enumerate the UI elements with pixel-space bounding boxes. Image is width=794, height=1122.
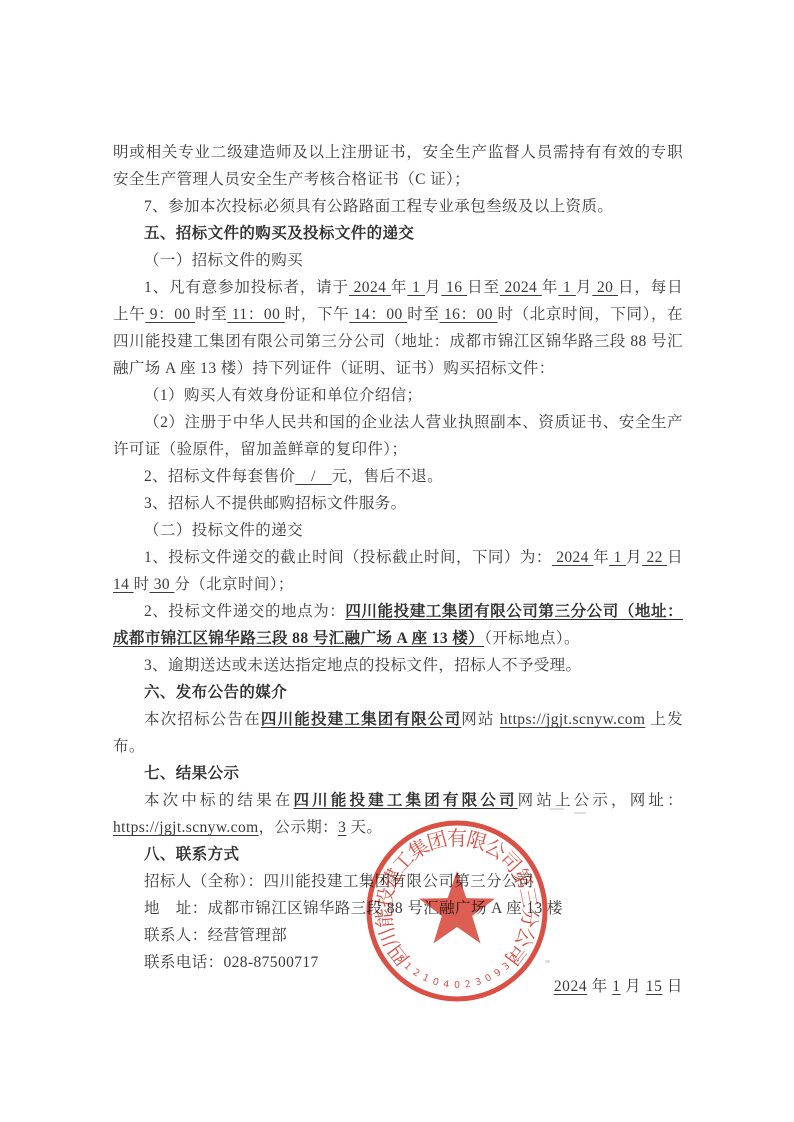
item-7: 7、参加本次投标必须具有公路路面工程专业承包叁级及以上资质。 xyxy=(113,193,683,220)
text-run: （开标地点）。 xyxy=(484,630,580,647)
scan-artifact xyxy=(574,812,586,814)
text-run: 9：00 xyxy=(145,306,195,323)
text-run: 时至 xyxy=(407,306,439,323)
text-run: 1 xyxy=(609,549,626,566)
subsection-heading-5-1: （一）招标文件的购买 xyxy=(113,247,683,274)
text-run: 年 xyxy=(391,279,407,296)
url-text: https://jgjt.scnyw.com xyxy=(113,819,259,836)
text-run: 2、投标文件递交的地点为： xyxy=(144,603,345,620)
text-run: （一）招标文件的购买 xyxy=(144,252,303,269)
text-run: 五、招标文件的购买及投标文件的递交 xyxy=(144,225,414,242)
text-run: 联系人：经营管理部 xyxy=(144,927,287,944)
credential-item-1: （1）购买人有效身份证和单位介绍信； xyxy=(113,382,683,409)
text-run: ，公示期： xyxy=(259,819,339,836)
announcement-media: 本次招标公告在四川能投建工集团有限公司网站 https://jgjt.scnyw… xyxy=(113,706,683,760)
price-item: 2、招标文件每套售价 / 元，售后不退。 xyxy=(113,463,683,490)
text-run: 日 xyxy=(662,978,683,995)
text-run: 14：00 xyxy=(349,306,407,323)
text-run: 时 xyxy=(134,576,150,593)
text-run: 年 xyxy=(587,978,612,995)
text-run: 1 xyxy=(407,279,425,296)
section-heading-6: 六、发布公告的媒介 xyxy=(113,679,683,706)
text-run: 年 xyxy=(593,549,609,566)
text-run: 15 xyxy=(646,978,663,995)
url-text: https://jgjt.scnyw.com xyxy=(500,711,646,728)
result-publicity: 本次中标的结果在四川能投建工集团有限公司网站上公示，网址：https://jgj… xyxy=(113,787,683,841)
scanned-document-page: { "page": { "background": "#ffffff", "te… xyxy=(0,0,794,1122)
text-run: 30 xyxy=(149,576,174,593)
text-run: 四川能投建工集团有限公司 xyxy=(261,711,461,728)
text-run: 20 xyxy=(592,279,618,296)
scan-artifact xyxy=(549,808,564,810)
text-run: 月 xyxy=(621,978,646,995)
text-run: 七、结果公示 xyxy=(144,765,239,782)
text-run: 16 xyxy=(441,279,467,296)
text-run: 招标人（全称）：四川能投建工集团有限公司第三分公司 xyxy=(144,873,534,890)
purchase-time-item: 1、凡有意参加投标者，请于 2024 年 1 月 16 日至 2024 年 1 … xyxy=(113,274,683,382)
text-run: 月 xyxy=(576,279,592,296)
text-run: / xyxy=(295,468,332,485)
text-run: 网站 xyxy=(461,711,499,728)
text-run: 地 址：成都市锦江区锦华路三段 88 号汇融广场 A 座 13 楼 xyxy=(144,900,563,917)
text-run: 四川能投建工集团有限公司 xyxy=(293,792,517,809)
text-run: 14 xyxy=(113,576,134,593)
paragraph-continuation: 明或相关专业二级建造师及以上注册证书，安全生产监督人员需持有有效的专职安全生产管… xyxy=(113,139,683,193)
text-run: 本次招标公告在 xyxy=(144,711,261,728)
text-run: 22 xyxy=(642,549,667,566)
text-run: 联系电话：028-87500717 xyxy=(144,954,319,971)
text-run: 11：00 xyxy=(227,306,284,323)
text-run: 1 xyxy=(612,978,620,995)
contact-phone-line: 联系电话：028-87500717 xyxy=(113,949,683,976)
submit-place-item: 2、投标文件递交的地点为：四川能投建工集团有限公司第三分公司（地址：成都市锦江区… xyxy=(113,598,683,652)
text-run: 月 xyxy=(626,549,642,566)
deadline-item: 1、投标文件递交的截止时间（投标截止时间，下同）为： 2024 年 1 月 22… xyxy=(113,544,683,598)
credential-item-2: （2）注册于中华人民共和国的企业法人营业执照副本、资质证书、安全生产许可证（验原… xyxy=(113,409,683,463)
text-run: 日至 xyxy=(467,279,500,296)
text-run: 天。 xyxy=(346,819,382,836)
section-heading-5: 五、招标文件的购买及投标文件的递交 xyxy=(113,220,683,247)
mail-item: 3、招标人不提供邮购招标文件服务。 xyxy=(113,490,683,517)
text-run: 2、招标文件每套售价 xyxy=(144,468,295,485)
text-run: 年 xyxy=(542,279,558,296)
text-run: 月 xyxy=(425,279,441,296)
subsection-heading-5-2: （二）投标文件的递交 xyxy=(113,517,683,544)
text-run: 2024 xyxy=(500,279,542,296)
text-run: 2024 xyxy=(552,549,593,566)
text-run: 2024 xyxy=(349,279,391,296)
text-run: 1 xyxy=(558,279,576,296)
scan-artifact xyxy=(545,960,550,963)
contact-person-line: 联系人：经营管理部 xyxy=(113,922,683,949)
section-heading-8: 八、联系方式 xyxy=(113,841,683,868)
text-run: 3、逾期送达或未送达指定地点的投标文件，招标人不予受理。 xyxy=(144,657,581,674)
text-run: 7、参加本次投标必须具有公路路面工程专业承包叁级及以上资质。 xyxy=(144,198,613,215)
text-run: 分（北京时间）； xyxy=(174,576,293,593)
text-run: 网站上公示，网址： xyxy=(518,792,683,809)
text-run: 明或相关专业二级建造师及以上注册证书，安全生产监督人员需持有有效的专职安全生产管… xyxy=(113,144,683,188)
text-run: 16：00 xyxy=(439,306,497,323)
text-run: （二）投标文件的递交 xyxy=(144,522,303,539)
text-run: 1、投标文件递交的截止时间（投标截止时间，下同）为： xyxy=(144,549,552,566)
text-run: 1、凡有意参加投标者，请于 xyxy=(144,279,349,296)
text-run: 时至 xyxy=(195,306,227,323)
section-heading-7: 七、结果公示 xyxy=(113,760,683,787)
tenderer-name-line: 招标人（全称）：四川能投建工集团有限公司第三分公司 xyxy=(113,868,683,895)
text-run: （1）购买人有效身份证和单位介绍信； xyxy=(144,387,422,404)
text-run: 元，售后不退。 xyxy=(332,468,443,485)
overdue-item: 3、逾期送达或未送达指定地点的投标文件，招标人不予受理。 xyxy=(113,652,683,679)
document-body: 明或相关专业二级建造师及以上注册证书，安全生产监督人员需持有有效的专职安全生产管… xyxy=(113,139,683,1000)
text-run: 3、招标人不提供邮购招标文件服务。 xyxy=(144,495,407,512)
date-line: 2024 年 1 月 15 日 xyxy=(113,973,683,1000)
text-run: 时，下午 xyxy=(285,306,350,323)
text-run: 八、联系方式 xyxy=(144,846,239,863)
text-run: 六、发布公告的媒介 xyxy=(144,684,287,701)
text-run: 2024 xyxy=(554,978,587,995)
text-run: （2）注册于中华人民共和国的企业法人营业执照副本、资质证书、安全生产许可证（验原… xyxy=(113,414,683,458)
text-run: 日 xyxy=(667,549,683,566)
address-line: 地 址：成都市锦江区锦华路三段 88 号汇融广场 A 座 13 楼 xyxy=(113,895,683,922)
text-run: 本次中标的结果在 xyxy=(144,792,293,809)
